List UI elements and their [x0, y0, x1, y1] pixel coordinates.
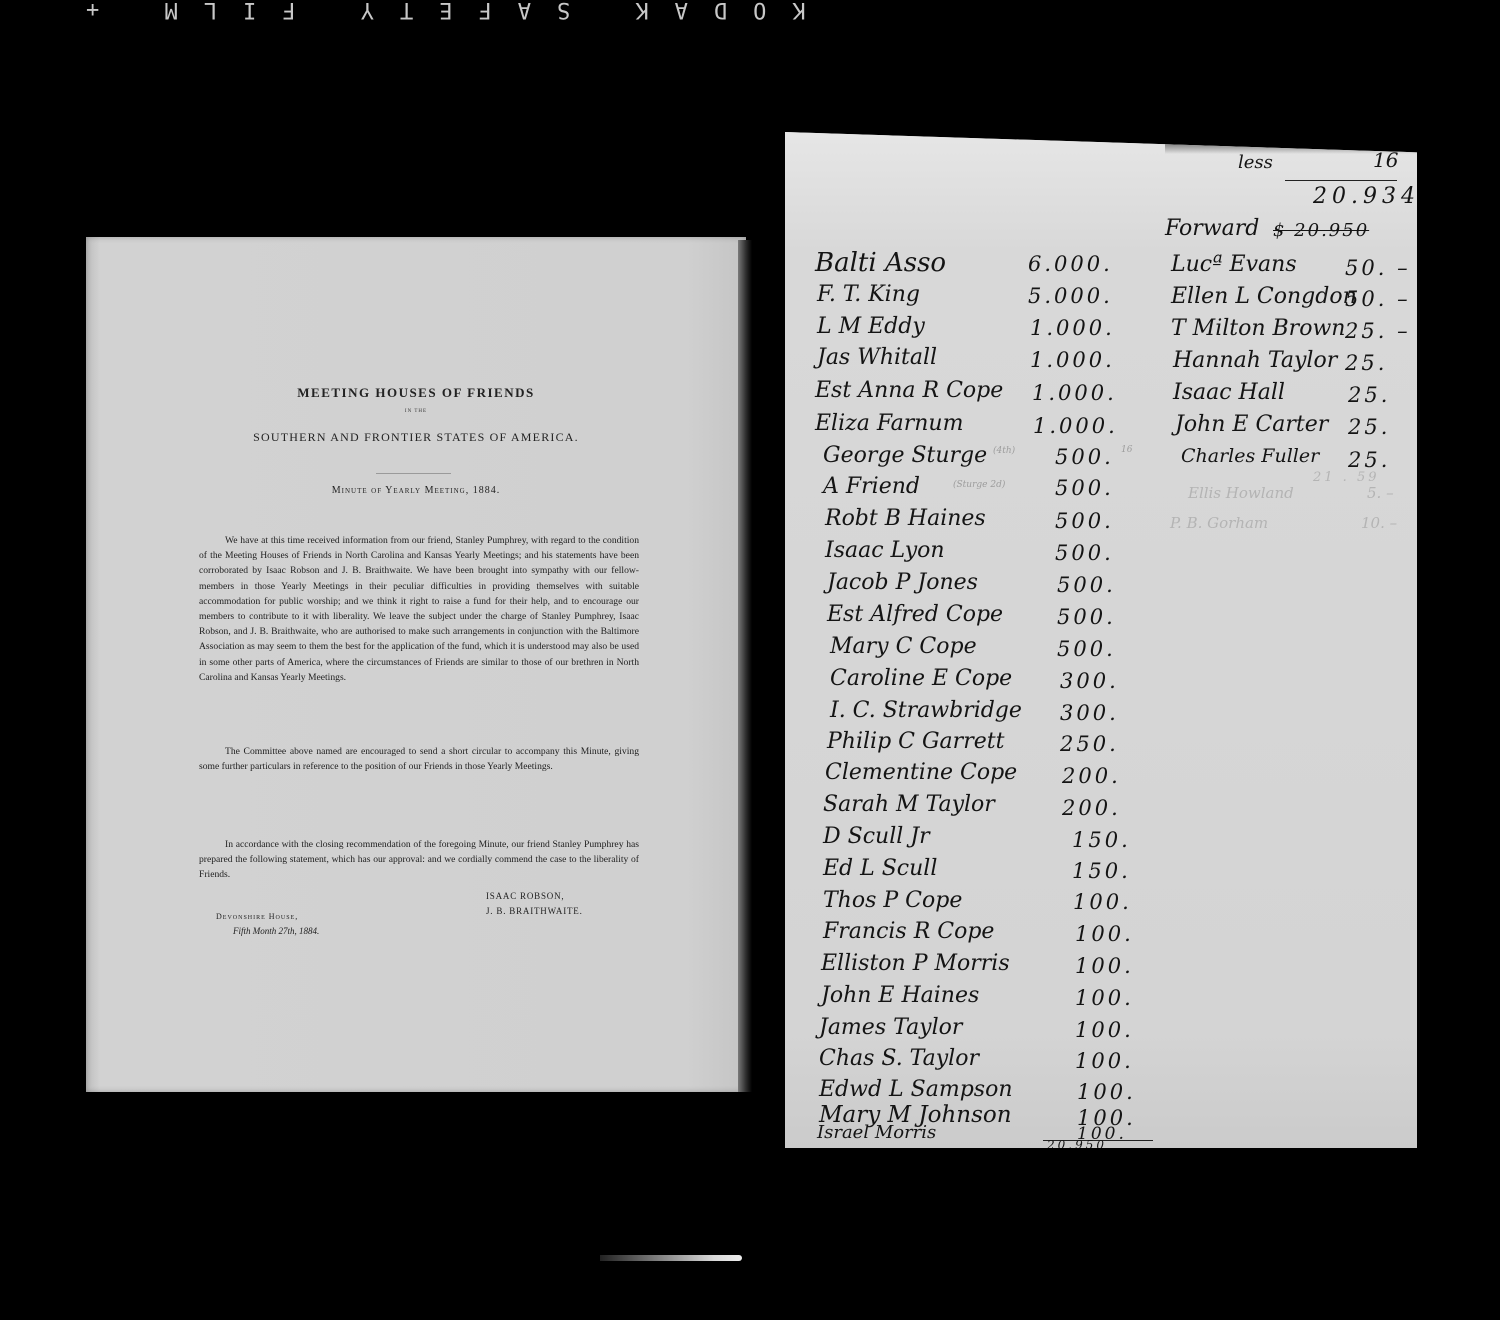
ledger-entry-name: Ed L Scull [823, 856, 937, 881]
signatories: ISAAC ROBSON, J. B. BRAITHWAITE. [486, 889, 583, 919]
faint-entry-amount: 10. – [1361, 514, 1397, 532]
ledger-entry-name: Ellen L Congdon [1171, 284, 1357, 309]
left-column-total: 20.950 [1047, 1138, 1107, 1152]
ledger-entry-name: Lucª Evans [1171, 252, 1297, 277]
ledger-entry-note: (4th) [993, 446, 1015, 456]
ledger-entry-name: Hannah Taylor [1173, 348, 1337, 373]
ledger-entry-name: A Friend [823, 474, 920, 499]
minute-heading: Minute of Yearly Meeting, 1884. [86, 485, 746, 496]
ledger-entry-amount: 100. [1075, 1049, 1134, 1073]
ledger-net-total: 20.934 [1313, 184, 1420, 209]
ledger-entry-name: John E Haines [821, 983, 979, 1008]
forward-label: Forward [1165, 216, 1259, 241]
page-spine-shadow [738, 240, 752, 1092]
page-top-shadow [1165, 132, 1417, 154]
ledger-entry-amount: 250. [1060, 732, 1119, 756]
ledger-entry-name: Elliston P Morris [821, 951, 1010, 976]
ledger-entry-name: Clementine Cope [825, 760, 1017, 785]
ledger-entry-name: Est Alfred Cope [827, 602, 1003, 627]
ledger-entry-amount: 150. [1072, 828, 1131, 852]
ledger-entry-amount: 1.000. [1030, 348, 1115, 372]
less-label: less [1238, 152, 1273, 173]
signatory-robson: ISAAC ROBSON, [486, 889, 583, 904]
ledger-entry-amount: 100. [1075, 922, 1134, 946]
ledger-entry-name: Israel Morris [817, 1122, 936, 1143]
subtotal-rule [1285, 180, 1397, 181]
less-amount: 16 [1373, 148, 1398, 172]
ledger-entry-amount: 25. – [1345, 319, 1411, 343]
printed-minute-page: MEETING HOUSES OF FRIENDS IN THE SOUTHER… [86, 237, 746, 1092]
ledger-entry-name: Est Anna R Cope [815, 378, 1003, 403]
ledger-entry-name: I. C. Strawbridge [830, 698, 1022, 723]
ledger-entry-amount: 300. [1060, 669, 1119, 693]
ledger-entry-amount: 25. [1345, 351, 1387, 375]
title-divider [376, 473, 451, 474]
ledger-entry-amount: 1.000. [1033, 414, 1118, 438]
title-connector: IN THE [86, 409, 746, 414]
ledger-entry-name: James Taylor [819, 1015, 962, 1040]
film-edge-label: KODAK SAFETY FILM + [60, 0, 840, 24]
ledger-entry-amount: 500. [1055, 445, 1114, 469]
ledger-entry-amount: 500. [1055, 476, 1114, 500]
ledger-entry-name: John E Carter [1175, 412, 1328, 437]
ledger-entry-name: F. T. King [817, 282, 920, 307]
ledger-entry-amount: 500. [1055, 541, 1114, 565]
ledger-entry-amount: 50. – [1345, 256, 1411, 280]
ledger-entry-amount: 100. [1075, 954, 1134, 978]
ledger-entry-name: Eliza Farnum [815, 411, 963, 436]
ledger-entry-amount: 25. [1348, 383, 1390, 407]
ledger-entry-amount: 500. [1055, 509, 1114, 533]
ledger-entry-amount: 100. [1077, 1080, 1136, 1104]
ledger-entry-amount: 25. [1348, 415, 1390, 439]
faint-entry-name: Ellis Howland [1188, 484, 1294, 502]
ledger-entry-amount: 500. [1057, 637, 1116, 661]
ledger-entry-name: Chas S. Taylor [819, 1046, 979, 1071]
ledger-entry-name: T Milton Brown [1171, 316, 1345, 341]
endorsement-paragraph: In accordance with the closing recommend… [199, 837, 639, 883]
ledger-entry-amount: 100. [1075, 986, 1134, 1010]
ledger-entry-name: Robt B Haines [825, 506, 986, 531]
ledger-entry-name: Philip C Garrett [827, 729, 1004, 754]
ledger-entry-side-note: 16 [1121, 445, 1132, 455]
ledger-top-total: 20.950 [1305, 126, 1406, 151]
ledger-entry-name: Balti Asso [815, 248, 946, 278]
ledger-entry-amount: 100. [1073, 890, 1132, 914]
ledger-entry-note: (Sturge 2d) [953, 480, 1005, 490]
document-subtitle: SOUTHERN AND FRONTIER STATES OF AMERICA. [86, 430, 746, 445]
ledger-entry-amount: 200. [1062, 764, 1121, 788]
ledger-entry-amount: 5.000. [1028, 284, 1113, 308]
ledger-entry-name: George Sturge [823, 443, 987, 468]
ledger-entry-amount: 500. [1057, 573, 1116, 597]
ledger-entry-name: Charles Fuller [1181, 445, 1319, 467]
ledger-entry-name: Edwd L Sampson [819, 1077, 1013, 1102]
faint-entry-name: P. B. Gorham [1170, 514, 1268, 532]
ledger-entry-name: Caroline E Cope [830, 666, 1012, 691]
ledger-entry-amount: 150. [1072, 859, 1131, 883]
issue-date: Fifth Month 27th, 1884. [233, 926, 319, 936]
ledger-entry-amount: 200. [1062, 796, 1121, 820]
ledger-entry-amount: 300. [1060, 701, 1119, 725]
paper-scrap [600, 1255, 742, 1261]
document-title: MEETING HOUSES OF FRIENDS [86, 385, 746, 401]
ledger-entry-name: Francis R Cope [823, 919, 994, 944]
faint-subtotal: 21 . 59 [1313, 470, 1379, 485]
ledger-entry-amount: 1.000. [1032, 381, 1117, 405]
forward-amount: $ 20.950 [1273, 220, 1369, 241]
ledger-entry-amount: 6.000. [1028, 252, 1113, 276]
ledger-entry-name: D Scull Jr [823, 824, 930, 849]
ledger-entry-name: Sarah M Taylor [823, 792, 995, 817]
ledger-entry-name: Thos P Cope [823, 888, 962, 913]
ledger-entry-name: Isaac Lyon [825, 538, 945, 563]
minute-paragraph-1: We have at this time received informatio… [199, 533, 639, 685]
issue-place: Devonshire House, [216, 912, 298, 921]
ledger-entry-name: Mary C Cope [830, 634, 977, 659]
faint-entry-amount: 5. – [1367, 484, 1394, 502]
ledger-entry-amount: 500. [1057, 605, 1116, 629]
ledger-entry-name: Isaac Hall [1173, 380, 1285, 405]
signatory-braithwaite: J. B. BRAITHWAITE. [486, 904, 583, 919]
ledger-entry-amount: 25. [1348, 448, 1390, 472]
ledger-entry-name: Jas Whitall [817, 345, 937, 370]
ledger-entry-name: Jacob P Jones [827, 570, 978, 595]
ledger-entry-amount: 1.000. [1030, 316, 1115, 340]
ledger-entry-name: L M Eddy [817, 314, 925, 339]
ledger-entry-amount: 100. [1075, 1018, 1134, 1042]
subscription-ledger-page: 20.950 less 16 20.934 Forward $ 20.950 B… [785, 132, 1417, 1148]
minute-paragraph-2: The Committee above named are encouraged… [199, 744, 639, 774]
ledger-entry-amount: 50. – [1345, 287, 1411, 311]
